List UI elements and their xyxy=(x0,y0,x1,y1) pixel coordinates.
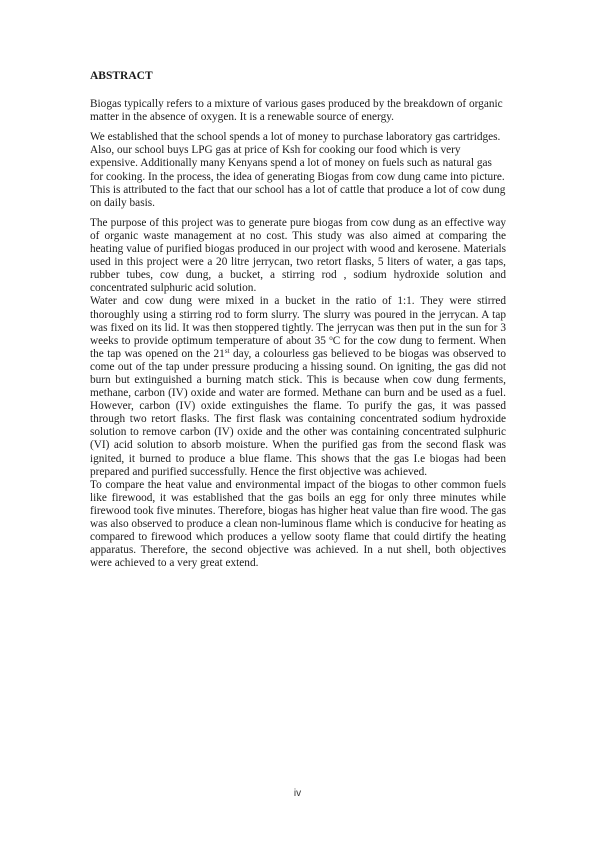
background-paragraph: We established that the school spends a … xyxy=(90,131,506,210)
page-number: iv xyxy=(0,788,595,799)
abstract-heading: ABSTRACT xyxy=(90,70,506,83)
intro-paragraph: Biogas typically refers to a mixture of … xyxy=(90,98,506,124)
method-paragraph: Water and cow dung were mixed in a bucke… xyxy=(90,295,506,478)
purpose-paragraph: The purpose of this project was to gener… xyxy=(90,217,506,296)
comparison-paragraph: To compare the heat value and environmen… xyxy=(90,479,506,571)
document-page: ABSTRACT Biogas typically refers to a mi… xyxy=(90,70,506,570)
method-text-3: day, a colourless gas believed to be bio… xyxy=(90,348,506,478)
